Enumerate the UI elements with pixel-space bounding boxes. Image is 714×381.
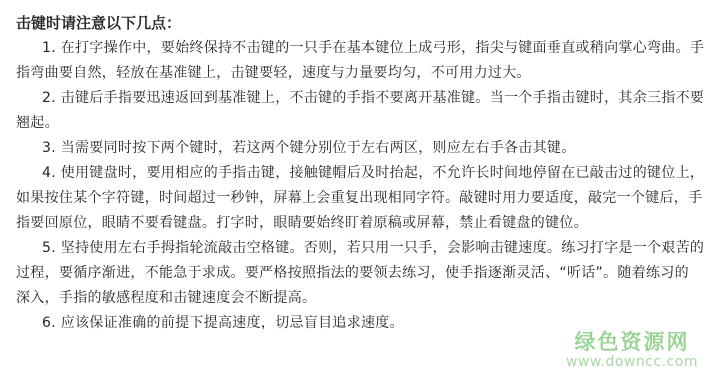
watermark-site-name: 绿色资源网 xyxy=(566,330,698,354)
document-page: 击键时请注意以下几点： 1. 在打字操作中，要始终保持不击键的一只手在基本键位上… xyxy=(0,0,714,381)
text-line: 2. 击键后手指要迅速返回到基准键上，不击键的手指不要离开基准键。当一个手指击键… xyxy=(16,86,704,111)
document-body: 1. 在打字操作中，要始终保持不击键的一只手在基本键位上成弓形，指尖与键面垂直或… xyxy=(16,36,704,336)
text-line: 如果按住某个字符键，时间超过一秒钟，屏幕上会重复出现相同字符。敲键时用力要适度，… xyxy=(16,186,704,211)
instructions-text: 击键时请注意以下几点： 1. 在打字操作中，要始终保持不击键的一只手在基本键位上… xyxy=(0,0,714,336)
text-line: 3. 当需要同时按下两个键时，若这两个键分别位于左右两区，则应左右手各击其键。 xyxy=(16,136,704,161)
text-line: 过程，要循序渐进，不能急于求成。要严格按照指法的要领去练习，使手指逐渐灵活、“听… xyxy=(16,261,704,286)
site-watermark: 绿色资源网 www.downcc.com xyxy=(566,330,698,371)
text-line: 深入，手指的敏感程度和击键速度会不断提高。 xyxy=(16,286,704,311)
watermark-site-url: www.downcc.com xyxy=(566,354,698,371)
text-line: 指弯曲要自然，轻放在基准键上，击键要轻，速度与力量要均匀，不可用力过大。 xyxy=(16,61,704,86)
text-line: 指要回原位，眼睛不要看键盘。打字时，眼睛要始终盯着原稿或屏幕，禁止看键盘的键位。 xyxy=(16,211,704,236)
text-line: 4. 使用键盘时，要用相应的手指击键，接触键帽后及时抬起，不允许长时间地停留在已… xyxy=(16,161,704,186)
document-title: 击键时请注意以下几点： xyxy=(16,11,704,36)
text-line: 1. 在打字操作中，要始终保持不击键的一只手在基本键位上成弓形，指尖与键面垂直或… xyxy=(16,36,704,61)
text-line: 翘起。 xyxy=(16,111,704,136)
text-line: 5. 坚持使用左右手拇指轮流敲击空格键。否则，若只用一只手，会影响击键速度。练习… xyxy=(16,236,704,261)
